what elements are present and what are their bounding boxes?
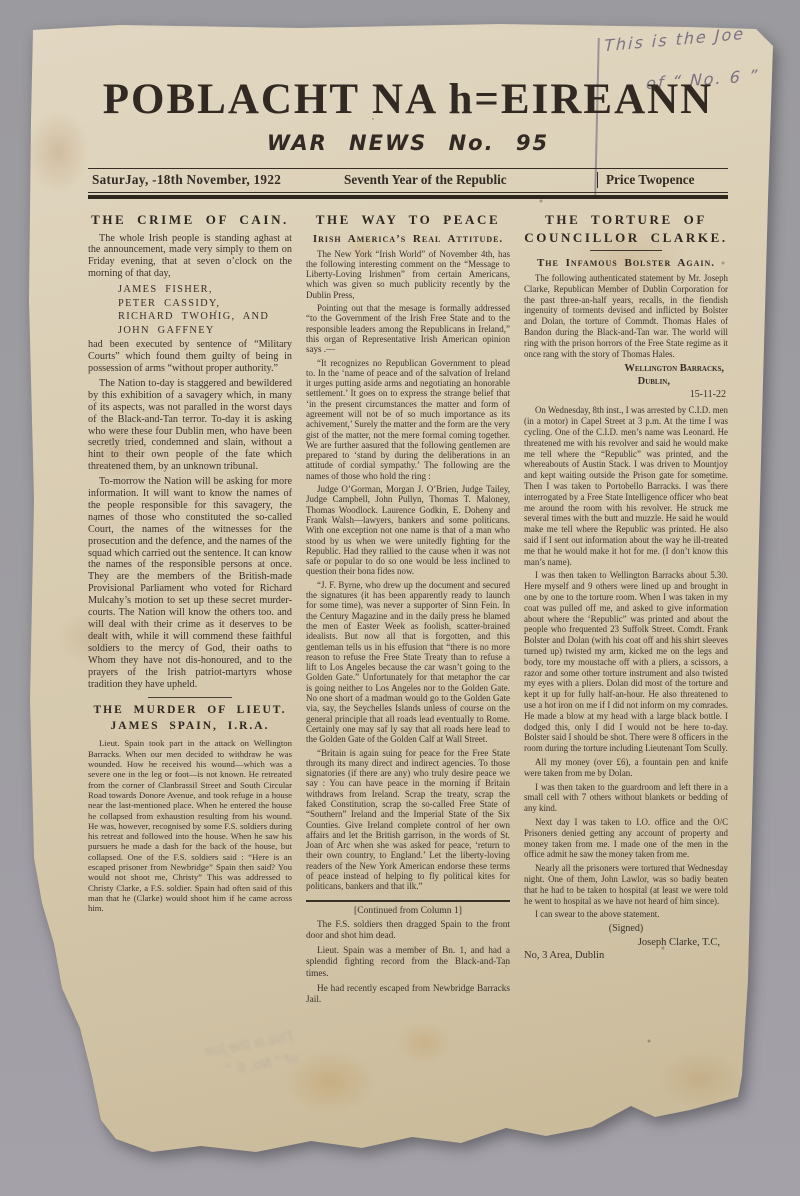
- article-paragraph: All my money (over £6), a fountain pen a…: [524, 757, 728, 779]
- article-paragraph: “J. F. Byrne, who drew up the document a…: [306, 580, 510, 745]
- article-heading-way-to-peace: THE WAY TO PEACE: [306, 211, 510, 229]
- article-paragraph: “It recognizes no Republican Government …: [306, 358, 510, 482]
- heading-underline-rule: [590, 250, 662, 251]
- executed-name: RICHARD TWOHIG, AND: [118, 310, 292, 324]
- article-paragraph: “Britain is again suing for peace for th…: [306, 748, 510, 892]
- article-paragraph: The following authenticated statement by…: [524, 273, 728, 359]
- article-paragraph: On Wednesday, 8th inst., I was arrested …: [524, 405, 728, 567]
- article-paragraph: Lieut. Spain was a member of Bn. 1, and …: [306, 946, 510, 981]
- masthead-rule: [88, 195, 728, 199]
- article-paragraph: Nearly all the prisoners were tortured t…: [524, 863, 728, 906]
- executed-name: JOHN GAFFNEY: [118, 324, 292, 338]
- signature-name: Joseph Clarke, T.C,: [524, 937, 728, 948]
- newspaper-title: POBLACHT NA h=EIREANN: [88, 78, 728, 121]
- article-paragraph: The Nation to-day is staggered and bewil…: [88, 378, 292, 473]
- article-paragraph: He had recently escaped from Newbridge B…: [306, 984, 510, 1007]
- ink-bleed-through: This is the Joe of “ No. 6 ”: [116, 1027, 301, 1102]
- continued-section-rule: [306, 900, 510, 902]
- scan-background: This is the Joe of “ No. 6 ” This is the…: [0, 0, 800, 1196]
- article-subhead: The Infamous Bolster Again.: [524, 257, 728, 269]
- article-paragraph: The New York “Irish World” of November 4…: [306, 249, 510, 300]
- statement-address-line: Wellington Barracks,: [524, 362, 728, 375]
- article-columns: THE CRIME OF CAIN. The whole Irish peopl…: [88, 208, 728, 1010]
- statement-address-line: Dublin,: [524, 375, 728, 388]
- page-content: POBLACHT NA h=EIREANN WAR NEWS No. 95 Sa…: [88, 0, 728, 1010]
- price-label: Price Twopence: [597, 172, 728, 188]
- executed-name: PETER CASSIDY,: [118, 297, 292, 311]
- article-paragraph: To-morrow the Nation will be asking for …: [88, 476, 292, 690]
- signed-label: (Signed): [524, 923, 728, 934]
- article-paragraph: Next day I was taken to I.O. office and …: [524, 817, 728, 860]
- issue-date: SaturJay, -18th November, 1922: [92, 172, 344, 188]
- article-paragraph: I was then taken to Wellington Barracks …: [524, 570, 728, 754]
- column-2: THE WAY TO PEACE Irish America’s Real At…: [306, 208, 510, 1010]
- article-paragraph: The whole Irish people is standing aghas…: [88, 233, 292, 281]
- article-paragraph: Judge O’Gorman, Morgan J. O’Brien, Judge…: [306, 484, 510, 577]
- article-heading-crime-of-cain: THE CRIME OF CAIN.: [88, 211, 292, 229]
- executed-names-list: JAMES FISHER, PETER CASSIDY, RICHARD TWO…: [118, 283, 292, 337]
- article-paragraph: I can swear to the above statement.: [524, 909, 728, 920]
- continued-from-column-label: [Continued from Column 1]: [306, 905, 510, 916]
- article-separator-rule: [148, 697, 232, 698]
- article-paragraph: I was then taken to the guardroom and le…: [524, 782, 728, 814]
- article-subhead: Irish America’s Real Attitude.: [306, 233, 510, 245]
- newspaper-subtitle: WAR NEWS No. 95: [88, 131, 728, 155]
- paper-specks: [0, 0, 2, 2]
- signature-area: No, 3 Area, Dublin: [524, 950, 728, 961]
- article-heading-murder-of-spain: THE MURDER OF LIEUT. JAMES SPAIN, I.R.A.: [88, 703, 292, 734]
- republic-year: Seventh Year of the Republic: [344, 172, 597, 188]
- column-1: THE CRIME OF CAIN. The whole Irish peopl…: [88, 208, 292, 1010]
- article-heading-torture-of-clarke: THE TORTURE OF COUNCILLOR CLARKE.: [524, 211, 728, 246]
- article-paragraph: Pointing out that the mesage is formally…: [306, 303, 510, 354]
- paper-shadow-wrap: This is the Joe of “ No. 6 ” This is the…: [0, 0, 800, 1196]
- statement-date: 15-11-22: [524, 388, 728, 401]
- column-3: THE TORTURE OF COUNCILLOR CLARKE. The In…: [524, 208, 728, 1010]
- article-paragraph: Lieut. Spain took part in the attack on …: [88, 738, 292, 913]
- article-paragraph: The F.S. soldiers then dragged Spain to …: [306, 920, 510, 943]
- newspaper-page: This is the Joe of “ No. 6 ” This is the…: [0, 0, 800, 1196]
- article-paragraph: had been executed by sentence of “Milita…: [88, 339, 292, 375]
- executed-name: JAMES FISHER,: [118, 283, 292, 297]
- dateline-bar: SaturJay, -18th November, 1922 Seventh Y…: [88, 168, 728, 193]
